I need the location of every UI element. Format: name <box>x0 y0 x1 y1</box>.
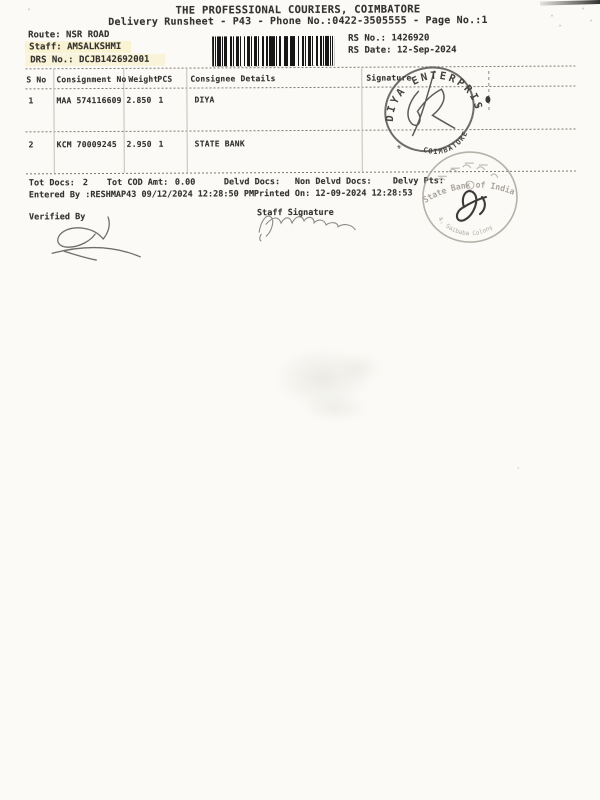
row1-weight: 2.850 <box>126 96 151 105</box>
scanned-runsheet-page: THE PROFESSIONAL COURIERS, COIMBATORE De… <box>0 0 600 800</box>
state-bank-stamp: State Bank of India 4, Saibaba Colony <box>412 145 537 254</box>
rs-no-value: 1426920 <box>391 33 429 43</box>
route-line: Route: NSR ROAD <box>28 30 109 40</box>
staff-line: Staff: AMSALKSHMI <box>29 42 121 52</box>
scan-speck-3 <box>590 19 592 21</box>
rs-no-line: RS No.: 1426920 <box>348 33 429 43</box>
col-header-consignee: Consignee Details <box>190 74 275 83</box>
staff-label: Staff: <box>29 42 62 52</box>
scan-speck-1 <box>551 15 553 17</box>
route-label: Route: <box>28 30 61 40</box>
sheet: THE PROFESSIONAL COURIERS, COIMBATORE De… <box>0 0 600 800</box>
col-header-weight: Weight <box>128 75 158 84</box>
col-header-pcs: PCS <box>157 75 172 84</box>
scan-smudge-2 <box>292 390 378 426</box>
svg-text:State Bank of India: State Bank of India <box>421 180 516 205</box>
rs-date-value: 12-Sep-2024 <box>397 45 457 55</box>
row2-pcs: 1 <box>159 140 164 149</box>
tot-docs-label: Tot Docs: <box>29 178 75 188</box>
staff-signature-scribble <box>251 205 376 242</box>
row2-consignment: KCM 70009245 <box>57 140 117 149</box>
printed-on-line: Printed On: 12-09-2024 12:28:53 <box>254 188 413 199</box>
row1-pcs: 1 <box>158 96 163 105</box>
rs-date-line: RS Date: 12-Sep-2024 <box>348 45 456 56</box>
table-vline-4 <box>361 67 363 172</box>
ink-dot-artifact <box>485 96 490 103</box>
sbi-stamp-name: State Bank of India <box>421 180 516 205</box>
sbi-stamp-signature <box>457 191 486 221</box>
row2-weight: 2.950 <box>127 140 152 149</box>
scan-speck-2 <box>582 8 584 10</box>
col-header-consignment: Consignment No <box>56 75 126 84</box>
verified-by-signature <box>34 213 154 264</box>
row2-consignee: STATE BANK <box>195 139 245 148</box>
row1-consignment: MAA 574116609 <box>56 96 121 105</box>
scan-speck-6 <box>517 467 519 469</box>
scan-speck-5 <box>28 8 30 10</box>
page-subtitle: Delivery Runsheet - P43 - Phone No.:0422… <box>0 14 598 28</box>
tot-docs-value: 2 <box>83 178 88 188</box>
table-vline-1 <box>53 68 55 173</box>
drs-label: DRS No.: <box>30 55 73 65</box>
tot-cod-label: Tot COD Amt: <box>107 178 168 188</box>
fold-line-artifact <box>488 71 489 111</box>
row1-consignee: DIYA <box>194 95 214 104</box>
sbi-stamp-hindi-text-arc <box>437 163 498 181</box>
scan-smudge-3 <box>330 348 390 388</box>
route-value: NSR ROAD <box>66 30 109 40</box>
delvd-docs-label: Delvd Docs: <box>224 177 280 187</box>
table-vline-3 <box>186 68 188 173</box>
scan-speck-4 <box>559 25 561 27</box>
rs-date-label: RS Date: <box>348 46 391 56</box>
drs-line: DRS No.: DCJB142692001 <box>30 55 149 66</box>
staff-value: AMSALKSHMI <box>67 42 121 52</box>
non-delvd-docs-label: Non Delvd Docs: <box>295 177 372 187</box>
drs-value: DCJB142692001 <box>79 55 150 65</box>
tot-cod-value: 0.00 <box>175 178 196 188</box>
barcode-icon <box>212 36 334 67</box>
row1-sno: 1 <box>28 96 33 105</box>
col-header-sno: S No <box>26 75 46 84</box>
rs-no-label: RS No.: <box>348 34 386 44</box>
row2-sno: 2 <box>29 140 34 149</box>
entered-by-line: Entered By :RESHMAP43 09/12/2024 12:28:5… <box>29 189 254 200</box>
